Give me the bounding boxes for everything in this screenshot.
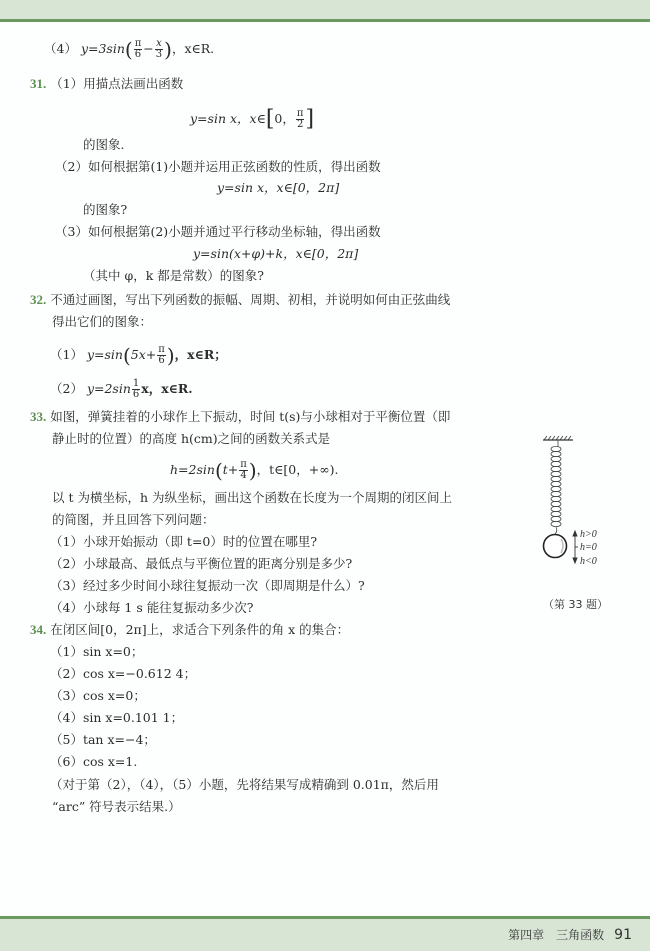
q33-item1: （1）小球开始振动（即 t=0）时的位置在哪里? xyxy=(50,534,317,550)
question-text: 在闭区间[0，2π]上，求适合下列条件的角 x 的集合： xyxy=(50,622,349,637)
item-label: （4） xyxy=(44,41,77,56)
question-number: 34. xyxy=(30,622,46,637)
label-h-zero: h=0 xyxy=(580,542,597,553)
question-text: 用描点法画出函数 xyxy=(83,76,183,91)
q33-stem-line2: 静止时的位置）的高度 h(cm)之间的函数关系式是 xyxy=(52,431,330,447)
domain: ，x∈R. xyxy=(172,41,214,56)
q34-item4: （4）sin x=0.101 1； xyxy=(50,710,183,726)
q34-item3: （3）cos x=0； xyxy=(50,688,146,704)
label-h-negative: h<0 xyxy=(580,556,597,567)
q33-formula: h=2sin(t+π4)，t∈[0，+∞). xyxy=(170,460,339,481)
section-label: 三角函数 xyxy=(556,928,604,942)
q34-item5: （5）tan x=−4； xyxy=(50,732,156,748)
item-label: （3） xyxy=(55,224,88,239)
question-text: 如何根据第(1)小题并运用正弦函数的性质，得出函数 xyxy=(88,159,381,174)
header-rule xyxy=(0,19,650,22)
q33-stem-line4: 的简图，并且回答下列问题： xyxy=(52,512,215,528)
q32-item1: （1） y=sin(5x+π6)，x∈R； xyxy=(50,345,227,366)
q34-item2: （2）cos x=−0.612 4； xyxy=(50,666,196,682)
item-label: （2） xyxy=(55,159,88,174)
q34-note-line2: “arc” 符号表示结果.） xyxy=(52,799,181,815)
q33-stem-line3: 以 t 为横坐标，h 为纵坐标，画出这个函数在长度为一个周期的闭区间上 xyxy=(52,490,452,506)
page-number: 91 xyxy=(614,927,632,943)
question-number: 31. xyxy=(30,76,46,91)
q33-stem-line1: 33. 如图，弹簧挂着的小球作上下振动，时间 t(s)与小球相对于平衡位置（即 xyxy=(30,409,450,425)
q31-p2-tail: 的图象? xyxy=(83,202,127,218)
direction-arrow-icon xyxy=(573,531,578,563)
label-h-positive: h>0 xyxy=(580,529,597,540)
page-footer: 第四章三角函数91 xyxy=(508,926,632,943)
q33-item2: （2）小球最高、最低点与平衡位置的距离分别是多少? xyxy=(50,556,352,572)
q30-item4: （4） y=3sin(π6−x3)，x∈R. xyxy=(44,39,214,60)
fraction: x3 xyxy=(155,39,163,60)
q31-p2-formula: y=sin x，x∈[0，2π] xyxy=(217,180,339,196)
q34-item6: （6）cos x=1. xyxy=(50,754,137,770)
item-label: （2） xyxy=(50,381,83,396)
q31-part3: （3）如何根据第(2)小题并通过平行移动坐标轴，得出函数 xyxy=(55,224,381,240)
header-band xyxy=(0,0,650,19)
ceiling-hatch-icon xyxy=(544,436,571,440)
q33-item4: （4）小球每 1 s 能往复振动多少次? xyxy=(50,600,253,616)
fraction: π6 xyxy=(134,39,143,60)
question-number: 33. xyxy=(30,409,46,424)
spring-icon xyxy=(551,440,561,534)
q34-stem: 34. 在闭区间[0，2π]上，求适合下列条件的角 x 的集合： xyxy=(30,622,349,638)
q31-part2: （2）如何根据第(1)小题并运用正弦函数的性质，得出函数 xyxy=(55,159,381,175)
q32-stem-line2: 得出它们的图象： xyxy=(52,314,152,330)
q31-p1-tail: 的图象. xyxy=(83,137,124,153)
question-text: 如图，弹簧挂着的小球作上下振动，时间 t(s)与小球相对于平衡位置（即 xyxy=(50,409,450,424)
q31-part1: 31. （1）用描点法画出函数 xyxy=(30,76,183,92)
item-label: （1） xyxy=(50,347,83,362)
q34-item1: （1）sin x=0； xyxy=(50,644,143,660)
q32-item2: （2） y=2sin16x，x∈R. xyxy=(50,379,193,400)
q31-p3-formula: y=sin(x+φ)+k，x∈[0，2π] xyxy=(193,246,358,262)
spring-ball-figure xyxy=(500,425,640,615)
question-text: 不通过画图，写出下列函数的振幅、周期、初相，并说明如何由正弦曲线 xyxy=(50,292,450,307)
figure-caption: （第 33 题） xyxy=(543,596,608,612)
question-text: 如何根据第(2)小题并通过平行移动坐标轴，得出函数 xyxy=(88,224,381,239)
item-label: （1） xyxy=(50,76,83,91)
chapter-label: 第四章 xyxy=(508,928,544,942)
question-number: 32. xyxy=(30,292,46,307)
q33-item3: （3）经过多少时间小球往复振动一次（即周期是什么）? xyxy=(50,578,365,594)
q31-p1-formula: y=sin x，x∈[0，π2] xyxy=(190,109,314,130)
q32-stem-line1: 32. 不通过画图，写出下列函数的振幅、周期、初相，并说明如何由正弦曲线 xyxy=(30,292,450,308)
q31-p3-tail: （其中 φ，k 都是常数）的图象? xyxy=(83,268,264,284)
q34-note-line1: （对于第（2），（4），（5）小题，先将结果写成精确到 0.01π，然后用 xyxy=(50,777,439,793)
formula-lhs: y=3sin xyxy=(81,41,125,56)
